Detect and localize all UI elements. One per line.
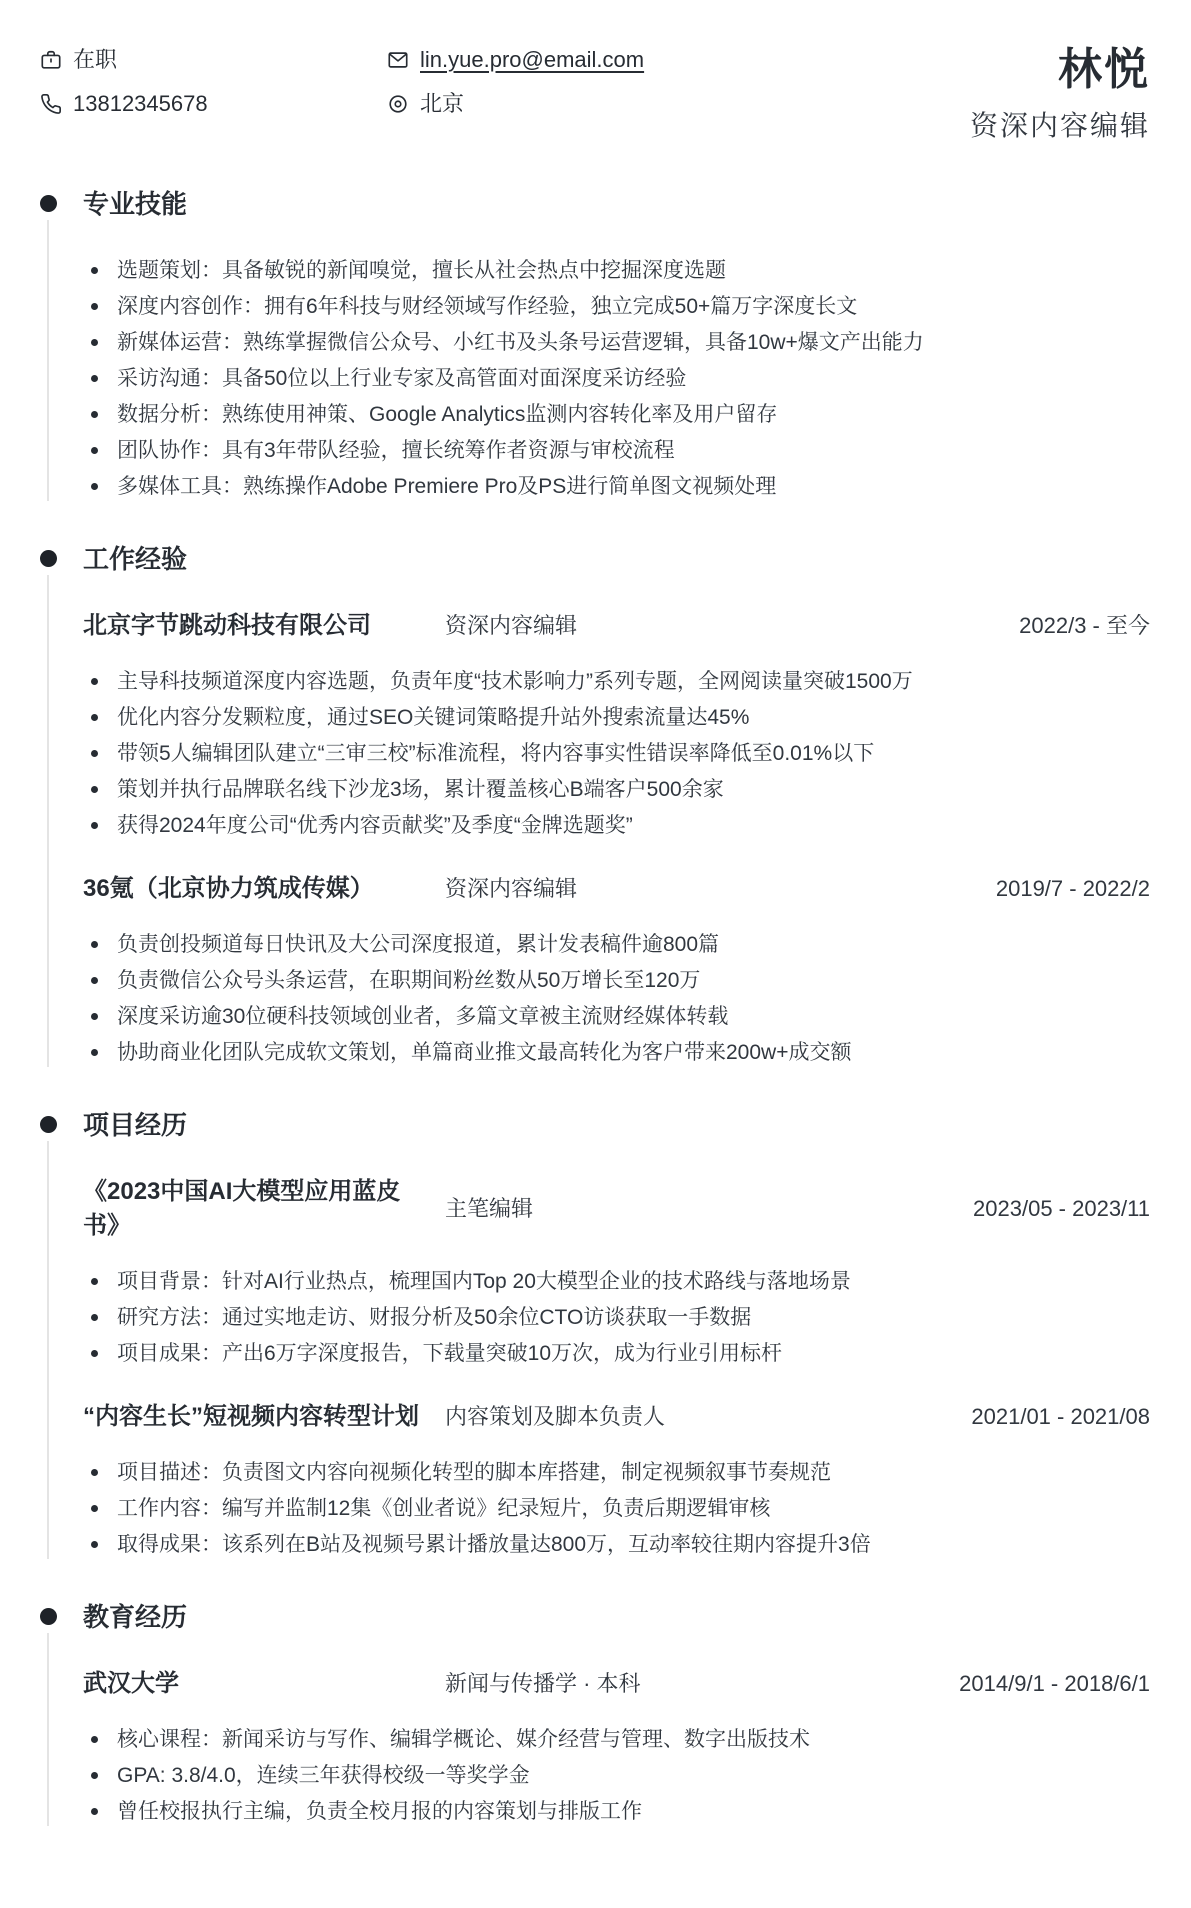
- bullet-item: 主导科技频道深度内容选题，负责年度“技术影响力”系列专题，全网阅读量突破1500…: [83, 665, 1150, 698]
- entry-role: 资深内容编辑: [445, 611, 1019, 641]
- resume-header: 在职 13812345678 lin.yue.pro: [40, 46, 1150, 142]
- timeline-dot: [40, 1116, 57, 1133]
- entry-date: 2023/05 - 2023/11: [973, 1194, 1150, 1224]
- bullet-item: 数据分析：熟练使用神策、Google Analytics监测内容转化率及用户留存: [83, 398, 1150, 431]
- timeline-line: [47, 1141, 49, 1559]
- section-projects: 项目经历 《2023中国AI大模型应用蓝皮书》 主笔编辑 2023/05 - 2…: [40, 1109, 1150, 1561]
- entry-org: “内容生长”短视频内容转型计划: [83, 1400, 445, 1434]
- phone-row: 13812345678: [40, 90, 387, 118]
- bullet-item: GPA: 3.8/4.0，连续三年获得校级一等奖学金: [83, 1759, 1150, 1792]
- section-title-work: 工作经验: [83, 543, 1150, 575]
- phone-number: 13812345678: [73, 90, 208, 118]
- bullet-item: 取得成果：该系列在B站及视频号累计播放量达800万，互动率较往期内容提升3倍: [83, 1528, 1150, 1561]
- section-education: 教育经历 武汉大学 新闻与传播学 · 本科 2014/9/1 - 2018/6/…: [40, 1601, 1150, 1828]
- timeline-dot: [40, 550, 57, 567]
- timeline-line: [47, 575, 49, 1067]
- identity-block: 林悦 资深内容编辑: [970, 46, 1150, 142]
- entry-role: 内容策划及脚本负责人: [445, 1402, 971, 1432]
- bullet-item: 获得2024年度公司“优秀内容贡献奖”及季度“金牌选题奖”: [83, 809, 1150, 842]
- skills-list: 选题策划：具备敏锐的新闻嗅觉，擅长从社会热点中挖掘深度选题 深度内容创作：拥有6…: [83, 254, 1150, 503]
- bullet-item: 策划并执行品牌联名线下沙龙3场，累计覆盖核心B端客户500余家: [83, 773, 1150, 806]
- timeline-dot: [40, 195, 57, 212]
- bullet-item: 带领5人编辑团队建立“三审三校”标准流程，将内容事实性错误率降低至0.01%以下: [83, 737, 1150, 770]
- bullet-item: 新媒体运营：熟练掌握微信公众号、小红书及头条号运营逻辑，具备10w+爆文产出能力: [83, 326, 1150, 359]
- briefcase-icon: [40, 49, 62, 71]
- bullet-item: 项目成果：产出6万字深度报告，下载量突破10万次，成为行业引用标杆: [83, 1337, 1150, 1370]
- phone-icon: [40, 93, 62, 115]
- resume-page: 在职 13812345678 lin.yue.pro: [0, 0, 1191, 1908]
- location-pin-icon: [387, 93, 409, 115]
- entry-header: 36氪（北京协力筑成传媒） 资深内容编辑 2019/7 - 2022/2: [83, 872, 1150, 906]
- bullet-item: 团队协作：具有3年带队经验，擅长统筹作者资源与审校流程: [83, 434, 1150, 467]
- bullet-item: 核心课程：新闻采访与写作、编辑学概论、媒介经营与管理、数字出版技术: [83, 1723, 1150, 1756]
- location-row: 北京: [387, 90, 970, 118]
- education-entry: 武汉大学 新闻与传播学 · 本科 2014/9/1 - 2018/6/1 核心课…: [83, 1667, 1150, 1828]
- bullet-item: 工作内容：编写并监制12集《创业者说》纪录短片，负责后期逻辑审核: [83, 1492, 1150, 1525]
- email-row: lin.yue.pro@email.com: [387, 46, 970, 74]
- employment-status-label: 在职: [73, 46, 117, 74]
- candidate-title: 资深内容编辑: [970, 110, 1150, 142]
- bullet-item: 多媒体工具：熟练操作Adobe Premiere Pro及PS进行简单图文视频处…: [83, 470, 1150, 503]
- mail-icon: [387, 49, 409, 71]
- entry-org: 武汉大学: [83, 1667, 445, 1701]
- work-entry: 36氪（北京协力筑成传媒） 资深内容编辑 2019/7 - 2022/2 负责创…: [83, 872, 1150, 1069]
- entry-header: “内容生长”短视频内容转型计划 内容策划及脚本负责人 2021/01 - 202…: [83, 1400, 1150, 1434]
- entry-bullets: 项目背景：针对AI行业热点，梳理国内Top 20大模型企业的技术路线与落地场景 …: [83, 1265, 1150, 1370]
- bullet-item: 优化内容分发颗粒度，通过SEO关键词策略提升站外搜索流量达45%: [83, 701, 1150, 734]
- bullet-item: 曾任校报执行主编，负责全校月报的内容策划与排版工作: [83, 1795, 1150, 1828]
- section-title-projects: 项目经历: [83, 1109, 1150, 1141]
- section-skills: 专业技能 选题策划：具备敏锐的新闻嗅觉，擅长从社会热点中挖掘深度选题 深度内容创…: [40, 188, 1150, 503]
- work-entry: 北京字节跳动科技有限公司 资深内容编辑 2022/3 - 至今 主导科技频道深度…: [83, 609, 1150, 842]
- section-work: 工作经验 北京字节跳动科技有限公司 资深内容编辑 2022/3 - 至今 主导科…: [40, 543, 1150, 1069]
- entry-org: 36氪（北京协力筑成传媒）: [83, 872, 445, 906]
- timeline-line: [47, 1633, 49, 1826]
- location-label: 北京: [420, 90, 464, 118]
- entry-date: 2021/01 - 2021/08: [971, 1402, 1150, 1432]
- timeline-dot: [40, 1608, 57, 1625]
- entry-date: 2019/7 - 2022/2: [996, 874, 1150, 904]
- entry-role: 资深内容编辑: [445, 874, 996, 904]
- bullet-item: 深度采访逾30位硬科技领域创业者，多篇文章被主流财经媒体转载: [83, 1000, 1150, 1033]
- entry-bullets: 主导科技频道深度内容选题，负责年度“技术影响力”系列专题，全网阅读量突破1500…: [83, 665, 1150, 842]
- bullet-item: 项目描述：负责图文内容向视频化转型的脚本库搭建，制定视频叙事节奏规范: [83, 1456, 1150, 1489]
- entry-date: 2014/9/1 - 2018/6/1: [959, 1669, 1150, 1699]
- entry-bullets: 核心课程：新闻采访与写作、编辑学概论、媒介经营与管理、数字出版技术 GPA: 3…: [83, 1723, 1150, 1828]
- bullet-item: 深度内容创作：拥有6年科技与财经领域写作经验，独立完成50+篇万字深度长文: [83, 290, 1150, 323]
- bullet-item: 协助商业化团队完成软文策划，单篇商业推文最高转化为客户带来200w+成交额: [83, 1036, 1150, 1069]
- bullet-item: 负责创投频道每日快讯及大公司深度报道，累计发表稿件逾800篇: [83, 928, 1150, 961]
- entry-header: 武汉大学 新闻与传播学 · 本科 2014/9/1 - 2018/6/1: [83, 1667, 1150, 1701]
- entry-role: 主笔编辑: [445, 1194, 973, 1224]
- employment-status: 在职: [40, 46, 387, 74]
- entry-org: 《2023中国AI大模型应用蓝皮书》: [83, 1175, 445, 1243]
- bullet-item: 选题策划：具备敏锐的新闻嗅觉，擅长从社会热点中挖掘深度选题: [83, 254, 1150, 287]
- contact-column-left: 在职 13812345678: [40, 46, 387, 134]
- entry-bullets: 负责创投频道每日快讯及大公司深度报道，累计发表稿件逾800篇 负责微信公众号头条…: [83, 928, 1150, 1069]
- entry-date: 2022/3 - 至今: [1019, 611, 1150, 641]
- candidate-name: 林悦: [970, 46, 1150, 94]
- entry-role: 新闻与传播学 · 本科: [445, 1669, 959, 1699]
- bullet-item: 采访沟通：具备50位以上行业专家及高管面对面深度采访经验: [83, 362, 1150, 395]
- project-entry: 《2023中国AI大模型应用蓝皮书》 主笔编辑 2023/05 - 2023/1…: [83, 1175, 1150, 1370]
- section-title-education: 教育经历: [83, 1601, 1150, 1633]
- bullet-item: 项目背景：针对AI行业热点，梳理国内Top 20大模型企业的技术路线与落地场景: [83, 1265, 1150, 1298]
- section-title-skills: 专业技能: [83, 188, 1150, 220]
- entry-org: 北京字节跳动科技有限公司: [83, 609, 445, 643]
- project-entry: “内容生长”短视频内容转型计划 内容策划及脚本负责人 2021/01 - 202…: [83, 1400, 1150, 1561]
- timeline-line: [47, 220, 49, 501]
- entry-header: 北京字节跳动科技有限公司 资深内容编辑 2022/3 - 至今: [83, 609, 1150, 643]
- bullet-item: 负责微信公众号头条运营，在职期间粉丝数从50万增长至120万: [83, 964, 1150, 997]
- email-link[interactable]: lin.yue.pro@email.com: [420, 46, 644, 74]
- entry-header: 《2023中国AI大模型应用蓝皮书》 主笔编辑 2023/05 - 2023/1…: [83, 1175, 1150, 1243]
- entry-bullets: 项目描述：负责图文内容向视频化转型的脚本库搭建，制定视频叙事节奏规范 工作内容：…: [83, 1456, 1150, 1561]
- contact-column-middle: lin.yue.pro@email.com 北京: [387, 46, 970, 134]
- bullet-item: 研究方法：通过实地走访、财报分析及50余位CTO访谈获取一手数据: [83, 1301, 1150, 1334]
